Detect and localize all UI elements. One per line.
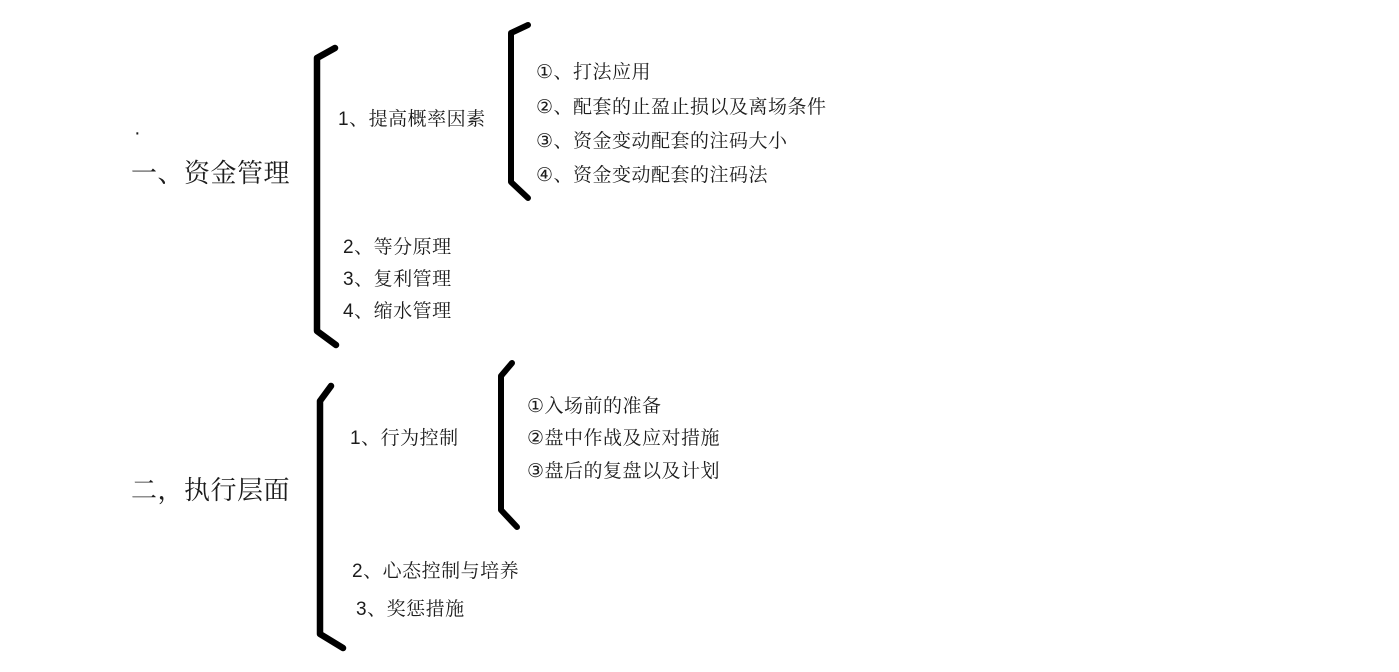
- section-1-item-1: 1、提高概率因素: [338, 109, 486, 131]
- section-2-bracket-icon: [312, 380, 348, 654]
- section-1-item-1-sub-3: ③、资金变动配套的注码大小: [536, 131, 788, 153]
- section-1-title: 一、资金管理: [131, 159, 290, 189]
- section-2-item-1-bracket-icon: [493, 357, 523, 532]
- section-2-item-1: 1、行为控制: [350, 428, 459, 450]
- section-1-item-4: 4、缩水管理: [343, 301, 452, 323]
- section-2-item-1-sub-3: ③盘后的复盘以及计划: [527, 461, 720, 483]
- section-2-item-3: 3、奖惩措施: [356, 599, 465, 621]
- mindmap-canvas: · 一、资金管理 1、提高概率因素 ①、打法应用 ②、配套的止盈止损以及离场条件…: [0, 0, 1399, 672]
- section-2-item-2: 2、心态控制与培养: [352, 561, 519, 583]
- section-1-item-3: 3、复利管理: [343, 269, 452, 291]
- section-1-item-1-sub-1: ①、打法应用: [536, 62, 651, 84]
- section-1-item-1-sub-2: ②、配套的止盈止损以及离场条件: [536, 97, 827, 119]
- section-1-item-1-sub-4: ④、资金变动配套的注码法: [536, 165, 768, 187]
- section-2-item-1-sub-1: ①入场前的准备: [527, 396, 662, 418]
- section-1-bracket-icon: [308, 42, 342, 350]
- section-2-title: 二，执行层面: [131, 476, 290, 506]
- section-1-item-1-bracket-icon: [503, 19, 534, 203]
- section-1-item-2: 2、等分原理: [343, 237, 452, 259]
- section-2-item-1-sub-2: ②盘中作战及应对措施: [527, 428, 720, 450]
- stray-dot: ·: [134, 122, 141, 145]
